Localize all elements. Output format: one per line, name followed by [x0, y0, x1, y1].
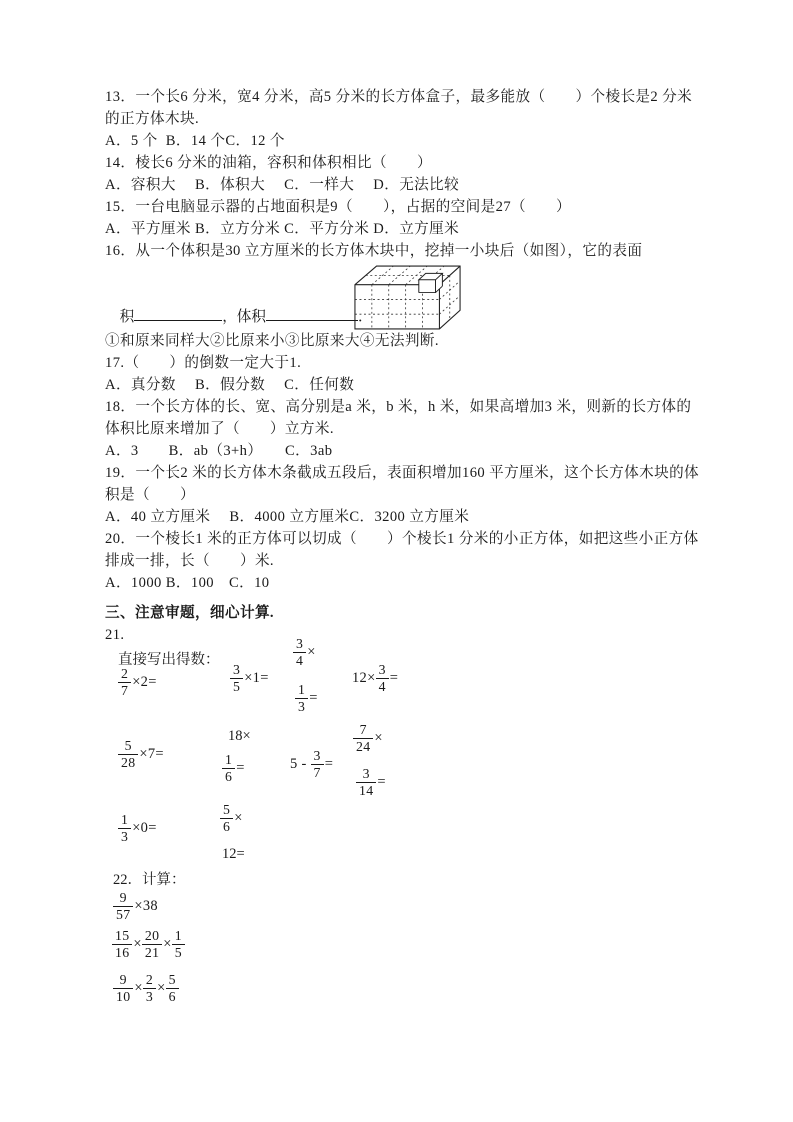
question-line: 13．一个长6 分米，宽4 分米，高5 分米的长方体盒子，最多能放（ ）个棱长是…: [105, 86, 692, 108]
fraction: 27: [118, 666, 131, 699]
fraction-denominator: 6: [222, 768, 235, 785]
calc-item: 528×7=: [118, 738, 164, 771]
option-line: A．容积大 B．体积大 C．一样大 D．无法比较: [105, 174, 692, 196]
option-line: A．5 个 B．14 个C．12 个: [105, 130, 692, 152]
calc-item: 314=: [356, 766, 386, 799]
fraction-numerator: 3: [230, 662, 243, 678]
fraction-denominator: 16: [112, 944, 132, 961]
fraction-denominator: 21: [142, 944, 162, 961]
expression-prefix: 5 -: [290, 756, 311, 773]
calc-item: 56×: [220, 802, 243, 835]
fraction-numerator: 2: [118, 666, 131, 682]
calc-item: 27×2=: [118, 666, 157, 699]
fraction: 15: [172, 928, 185, 961]
fraction-numerator: 3: [293, 636, 306, 652]
calc-item: 724×: [353, 722, 383, 755]
calc-item: 16=: [222, 752, 245, 785]
fraction-numerator: 3: [376, 662, 389, 678]
expression-suffix: ×38: [133, 898, 158, 915]
calc-item: 957×38: [113, 890, 158, 923]
fraction-denominator: 6: [220, 818, 233, 835]
fraction-denominator: 3: [143, 988, 156, 1005]
option-line: A．真分数 B．假分数 C．任何数: [105, 374, 699, 396]
mcq-block-2: ①和原来同样大②比原来小③比原来大④无法判断. 17.（ ）的倒数一定大于1. …: [105, 330, 699, 594]
fraction: 16: [222, 752, 235, 785]
fraction: 23: [143, 972, 156, 1005]
multiply-operator: ×: [133, 980, 142, 997]
expression-suffix: =: [389, 670, 398, 687]
fraction-denominator: 5: [172, 944, 185, 961]
fraction-denominator: 7: [118, 682, 131, 699]
answer-blank: [266, 306, 358, 321]
fraction-numerator: 9: [117, 890, 130, 906]
fraction-numerator: 5: [122, 738, 135, 754]
calc-item: 5 - 37=: [290, 748, 333, 781]
calc-item: 34×: [293, 636, 316, 669]
fraction-denominator: 7: [311, 764, 324, 781]
fraction-denominator: 24: [353, 738, 373, 755]
section-3-block: 三、注意审题，细心计算. 21.: [105, 602, 274, 646]
calc-item: 910×23×56: [113, 972, 179, 1005]
mcq-block-1: 13．一个长6 分米，宽4 分米，高5 分米的长方体盒子，最多能放（ ）个棱长是…: [105, 86, 692, 262]
fraction-denominator: 3: [295, 698, 308, 715]
fraction-denominator: 3: [118, 828, 131, 845]
fraction-numerator: 9: [117, 972, 130, 988]
fraction: 910: [113, 972, 133, 1005]
worksheet-page: 13．一个长6 分米，宽4 分米，高5 分米的长方体盒子，最多能放（ ）个棱长是…: [0, 0, 793, 1122]
fraction-denominator: 10: [113, 988, 133, 1005]
question-line: 排成一排，长（ ）米.: [105, 550, 699, 572]
expression-suffix: ×0=: [131, 820, 157, 837]
fraction-denominator: 6: [166, 988, 179, 1005]
section-heading: 三、注意审题，细心计算.: [105, 602, 274, 624]
option-line: ①和原来同样大②比原来小③比原来大④无法判断.: [105, 330, 699, 352]
fraction-numerator: 20: [142, 928, 162, 944]
cuboid-with-notch-icon: [352, 260, 464, 333]
question-line: 14．棱长6 分米的油箱，容积和体积相比（ ）: [105, 152, 692, 174]
fraction-numerator: 5: [220, 802, 233, 818]
expression-prefix: 12×: [352, 670, 376, 687]
q22-label: 22．计算：: [113, 868, 186, 889]
expression-suffix: ×: [233, 810, 242, 827]
question-line: 20．一个棱长1 米的正方体可以切成（ ）个棱长1 分米的小正方体，如把这些小正…: [105, 528, 699, 550]
fraction: 13: [295, 682, 308, 715]
expression-suffix: ×1=: [243, 670, 269, 687]
fraction-numerator: 1: [172, 928, 185, 944]
fraction: 35: [230, 662, 243, 695]
expression-suffix: ×7=: [138, 746, 164, 763]
expression-suffix: ×2=: [131, 674, 157, 691]
question-number: 21.: [105, 624, 274, 646]
blank-label-pre: 积: [120, 309, 135, 325]
answer-blank: [134, 306, 222, 321]
fraction-numerator: 5: [166, 972, 179, 988]
calc-item: 13×0=: [118, 812, 157, 845]
fraction: 724: [353, 722, 373, 755]
fraction: 34: [376, 662, 389, 695]
option-line: A．3 B．ab（3+h） C．3ab: [105, 440, 699, 462]
question-line: 18．一个长方体的长、宽、高分别是a 米，b 米，h 米，如果高增加3 米，则新…: [105, 396, 699, 418]
blank-label-mid: ，体积: [222, 309, 266, 325]
fraction-denominator: 14: [356, 782, 376, 799]
expression-suffix: =: [376, 774, 385, 791]
option-line: A．1000 B．100 C．10: [105, 572, 699, 594]
fraction-denominator: 28: [118, 754, 138, 771]
question-line: 16．从一个体积是30 立方厘米的长方体木块中，挖掉一小块后（如图），它的表面: [105, 240, 692, 262]
fraction-numerator: 3: [311, 748, 324, 764]
question-line: 17.（ ）的倒数一定大于1.: [105, 352, 699, 374]
fraction-numerator: 7: [357, 722, 370, 738]
calc-item: 1516×2021×15: [112, 928, 185, 961]
fraction-numerator: 1: [118, 812, 131, 828]
fraction: 56: [166, 972, 179, 1005]
fraction: 37: [311, 748, 324, 781]
option-line: A．40 立方厘米 B．4000 立方厘米C．3200 立方厘米: [105, 506, 699, 528]
expression-suffix: ×: [306, 644, 315, 661]
fraction-denominator: 4: [293, 652, 306, 669]
expression-suffix: ×: [373, 730, 382, 747]
fraction: 957: [113, 890, 133, 923]
fraction: 2021: [142, 928, 162, 961]
calc-item-prefix: 18×: [228, 728, 251, 745]
expression-suffix: =: [235, 760, 244, 777]
calc-item: 13=: [295, 682, 318, 715]
calc-item: 12×34=: [352, 662, 398, 695]
fraction: 1516: [112, 928, 132, 961]
question-line: 19．一个长2 米的长方体木条截成五段后，表面积增加160 平方厘米，这个长方体…: [105, 462, 699, 484]
fraction: 34: [293, 636, 306, 669]
fraction-denominator: 4: [376, 678, 389, 695]
fraction-numerator: 3: [360, 766, 373, 782]
fraction-numerator: 1: [222, 752, 235, 768]
fraction-denominator: 57: [113, 906, 133, 923]
question-line: 15．一台电脑显示器的占地面积是9（ ），占据的空间是27（ ）: [105, 196, 692, 218]
question-line: 积是（ ）: [105, 484, 699, 506]
fraction-numerator: 2: [143, 972, 156, 988]
cuboid-figure: [352, 260, 464, 338]
multiply-operator: ×: [156, 980, 165, 997]
expression-suffix: =: [324, 756, 333, 773]
calc-item: 35×1=: [230, 662, 269, 695]
question-line: 的正方体木块.: [105, 108, 692, 130]
fraction: 528: [118, 738, 138, 771]
multiply-operator: ×: [132, 936, 141, 953]
calc-item-suffix: 12=: [222, 846, 245, 863]
fraction: 56: [220, 802, 233, 835]
question-line: 体积比原来增加了（ ）立方米.: [105, 418, 699, 440]
fraction: 314: [356, 766, 376, 799]
fraction-denominator: 5: [230, 678, 243, 695]
fraction-numerator: 1: [295, 682, 308, 698]
expression-suffix: =: [308, 690, 317, 707]
fraction-numerator: 15: [112, 928, 132, 944]
fraction: 13: [118, 812, 131, 845]
option-line: A．平方厘米 B．立方分米 C．平方分米 D．立方厘米: [105, 218, 692, 240]
multiply-operator: ×: [162, 936, 171, 953]
